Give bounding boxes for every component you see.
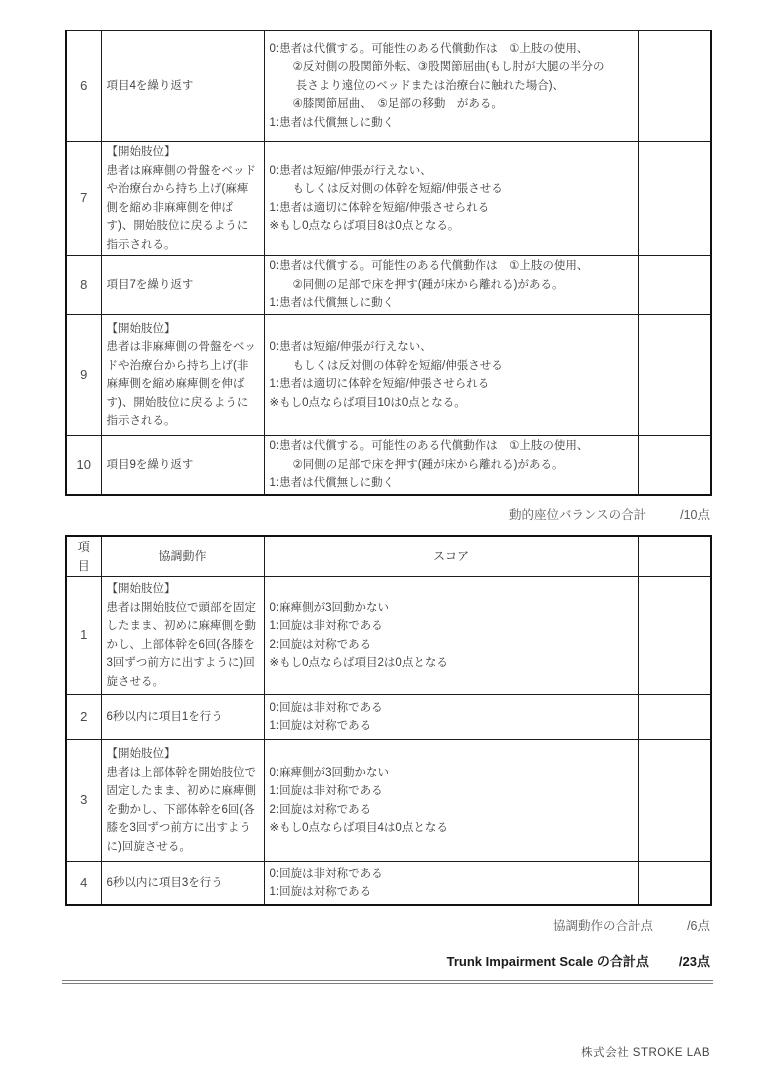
total-label: 動的座位バランスの合計 [509, 508, 646, 522]
item-score-criteria: 0:麻痺側が3回動かない 1:回旋は非対称である 2:回旋は対称である ※もし0… [264, 577, 638, 695]
score-entry-cell [638, 315, 711, 436]
document-content: 6 項目4を繰り返す 0:患者は代償する。可能性のある代償動作は ①上肢の使用、… [65, 30, 710, 984]
score-entry-cell [638, 577, 711, 695]
double-rule-divider [62, 980, 713, 984]
item-description: 6秒以内に項目1を行う [101, 695, 264, 740]
table-row-item-7: 7 【開始肢位】 患者は麻痺側の骨盤をベッドや治療台から持ち上げ(麻痺側を縮め非… [66, 142, 711, 256]
table-row-item-2: 2 6秒以内に項目1を行う 0:回旋は非対称である 1:回旋は対称である [66, 695, 711, 740]
total-value: /10点 [680, 505, 710, 525]
item-score-criteria: 0:麻痺側が3回動かない 1:回旋は非対称である 2:回旋は対称である ※もし0… [264, 740, 638, 862]
score-entry-cell [638, 142, 711, 256]
item-number: 3 [66, 740, 101, 862]
item-score-criteria: 0:回旋は非対称である 1:回旋は対称である [264, 862, 638, 906]
item-number: 9 [66, 315, 101, 436]
score-entry-cell [638, 695, 711, 740]
item-description: 【開始肢位】 患者は麻痺側の骨盤をベッドや治療台から持ち上げ(麻痺側を縮め非麻痺… [101, 142, 264, 256]
coordination-table: 項目 協調動作 スコア 1 【開始肢位】 患者は開始肢位で頭部を固定したまま、初… [65, 535, 712, 906]
item-score-criteria: 0:患者は代償する。可能性のある代償動作は ①上肢の使用、 ②反対側の股関節外転… [264, 31, 638, 142]
item-description: 6秒以内に項目3を行う [101, 862, 264, 906]
table-row-item-10: 10 項目9を繰り返す 0:患者は代償する。可能性のある代償動作は ①上肢の使用… [66, 436, 711, 496]
item-score-criteria: 0:回旋は非対称である 1:回旋は対称である [264, 695, 638, 740]
table-row-item-3: 3 【開始肢位】 患者は上部体幹を開始肢位で固定したまま、初めに麻痺側を動かし、… [66, 740, 711, 862]
item-description: 【開始肢位】 患者は上部体幹を開始肢位で固定したまま、初めに麻痺側を動かし、下部… [101, 740, 264, 862]
grand-total-label: Trunk Impairment Scale の合計点 [447, 954, 649, 969]
header-blank [638, 536, 711, 577]
score-entry-cell [638, 740, 711, 862]
grand-total: Trunk Impairment Scale の合計点/23点 [65, 951, 710, 973]
item-number: 2 [66, 695, 101, 740]
item-score-criteria: 0:患者は短縮/伸張が行えない、 もしくは反対側の体幹を短縮/伸張させる 1:患… [264, 315, 638, 436]
total-label: 協調動作の合計点 [553, 919, 653, 933]
score-entry-cell [638, 862, 711, 906]
table-row-item-9: 9 【開始肢位】 患者は非麻痺側の骨盤をベッドや治療台から持ち上げ(非麻痺側を縮… [66, 315, 711, 436]
grand-total-value: /23点 [679, 951, 710, 973]
item-description: 項目4を繰り返す [101, 31, 264, 142]
total-value: /6点 [687, 916, 710, 936]
item-score-criteria: 0:患者は代償する。可能性のある代償動作は ①上肢の使用、 ②同側の足部で床を押… [264, 256, 638, 315]
item-score-criteria: 0:患者は短縮/伸張が行えない、 もしくは反対側の体幹を短縮/伸張させる 1:患… [264, 142, 638, 256]
item-description: 【開始肢位】 患者は非麻痺側の骨盤をベッドや治療台から持ち上げ(非麻痺側を縮め麻… [101, 315, 264, 436]
document-page: 6 項目4を繰り返す 0:患者は代償する。可能性のある代償動作は ①上肢の使用、… [0, 0, 768, 1070]
item-description: 【開始肢位】 患者は開始肢位で頭部を固定したまま、初めに麻痺側を動かし、上部体幹… [101, 577, 264, 695]
table-row-item-4: 4 6秒以内に項目3を行う 0:回旋は非対称である 1:回旋は対称である [66, 862, 711, 906]
item-score-criteria: 0:患者は代償する。可能性のある代償動作は ①上肢の使用、 ②同側の足部で床を押… [264, 436, 638, 496]
table-row-item-6: 6 項目4を繰り返す 0:患者は代償する。可能性のある代償動作は ①上肢の使用、… [66, 31, 711, 142]
item-number: 7 [66, 142, 101, 256]
item-number: 1 [66, 577, 101, 695]
item-number: 8 [66, 256, 101, 315]
table-row-item-1: 1 【開始肢位】 患者は開始肢位で頭部を固定したまま、初めに麻痺側を動かし、上部… [66, 577, 711, 695]
score-entry-cell [638, 436, 711, 496]
score-entry-cell [638, 256, 711, 315]
item-description: 項目7を繰り返す [101, 256, 264, 315]
item-description: 項目9を繰り返す [101, 436, 264, 496]
company-footer: 株式会社 STROKE LAB [581, 1044, 710, 1060]
dynamic-sitting-balance-table: 6 項目4を繰り返す 0:患者は代償する。可能性のある代償動作は ①上肢の使用、… [65, 30, 712, 496]
coordination-total: 協調動作の合計点/6点 [65, 916, 710, 936]
dynamic-sitting-balance-total: 動的座位バランスの合計/10点 [65, 505, 710, 525]
table-header-row: 項目 協調動作 スコア [66, 536, 711, 577]
score-entry-cell [638, 31, 711, 142]
item-number: 10 [66, 436, 101, 496]
item-number: 4 [66, 862, 101, 906]
header-item: 項目 [66, 536, 101, 577]
header-coordination: 協調動作 [101, 536, 264, 577]
item-number: 6 [66, 31, 101, 142]
table-row-item-8: 8 項目7を繰り返す 0:患者は代償する。可能性のある代償動作は ①上肢の使用、… [66, 256, 711, 315]
header-score: スコア [264, 536, 638, 577]
